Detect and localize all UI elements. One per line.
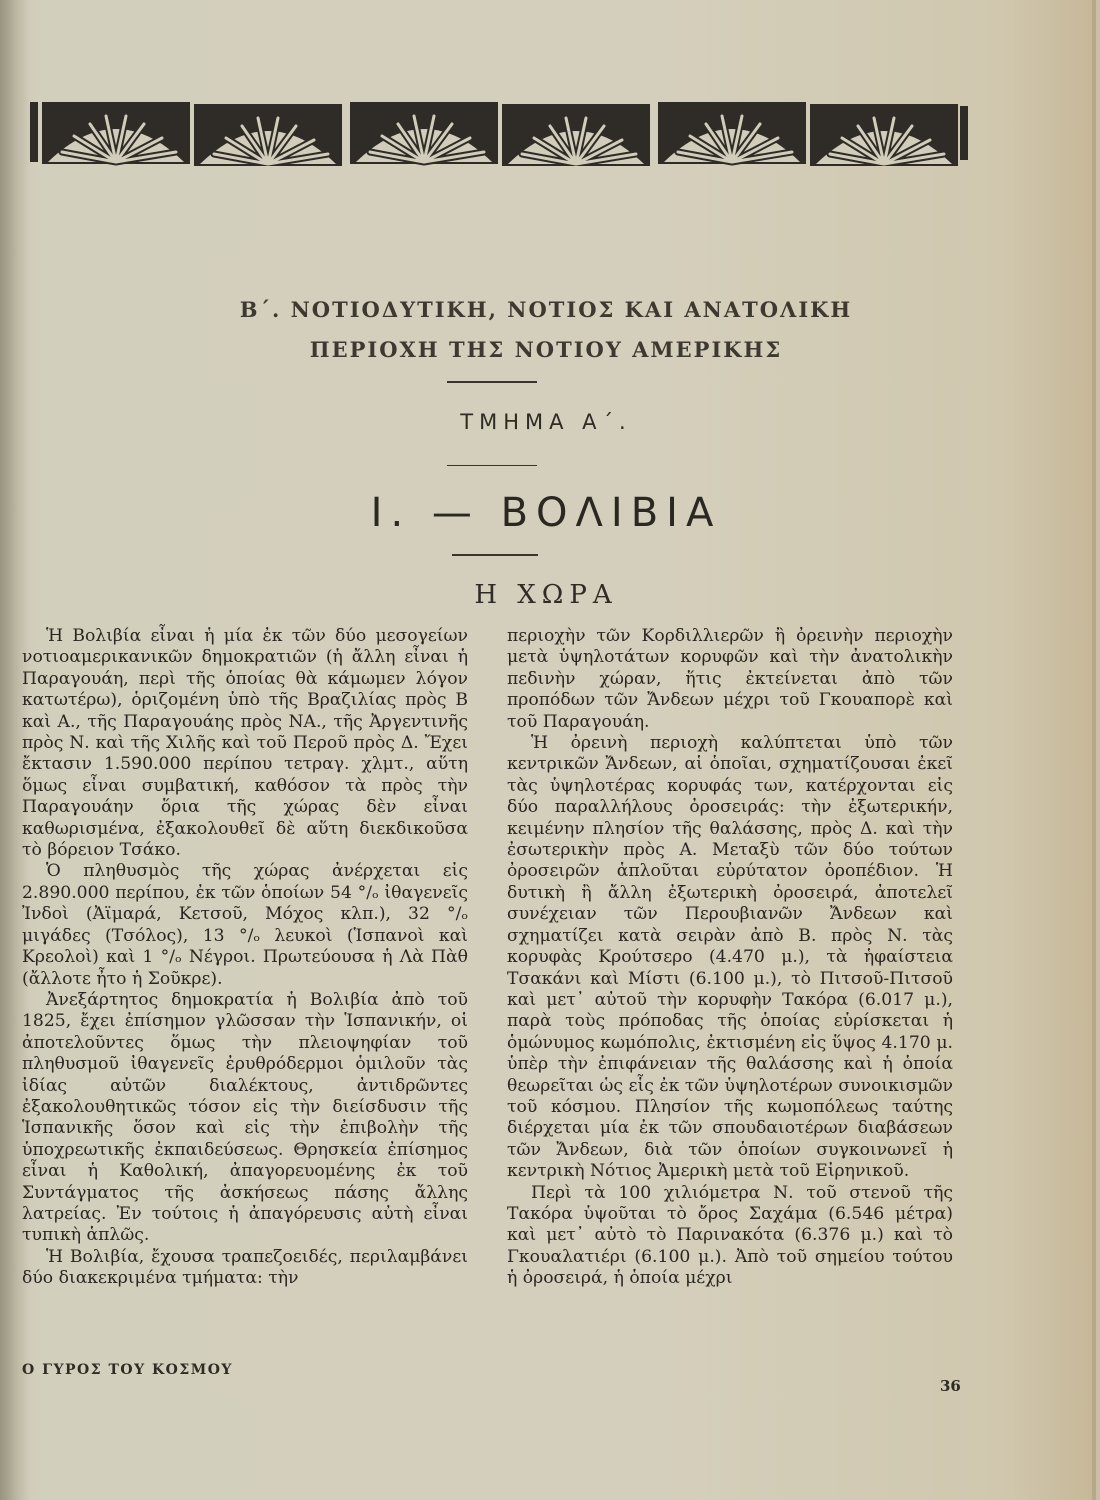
section-subtitle: Η ΧΩΡΑ [0, 580, 1092, 610]
running-footer-title: Ο ΓΥΡΟΣ ΤΟΥ ΚΟΣΜΟΥ [22, 1362, 233, 1378]
left-text-column: Ἡ Βολιβία εἶναι ἡ μία ἐκ τῶν δύο μεσογεί… [22, 626, 468, 1290]
part-title-line-2: ΠΕΡΙΟΧΗ ΤΗΣ ΝΟΤΙΟΥ ΑΜΕΡΙΚΗΣ [0, 330, 1092, 370]
paragraph: Ἀνεξάρτητος δημοκρατία ἡ Βολιβία ἀπὸ τοῦ… [22, 990, 468, 1247]
right-text-column: περιοχὴν τῶν Κορδιλλιερῶν ἢ ὀρεινὴν περι… [507, 626, 953, 1290]
paragraph: Ἡ ὀρεινὴ περιοχὴ καλύπτεται ὑπὸ τῶν κεντ… [507, 733, 953, 1183]
paragraph: Ὁ πληθυσμὸς τῆς χώρας ἀνέρχεται εἰς 2.89… [22, 861, 468, 989]
paragraph: Περὶ τὰ 100 χιλιόμετρα Ν. τοῦ στενοῦ τῆς… [507, 1183, 953, 1290]
paragraph: Ἡ Βολιβία, ἔχουσα τραπεζοειδές, περιλαμβ… [22, 1247, 468, 1290]
ornamental-frieze-icon [30, 100, 968, 166]
part-title-line-1: Β΄. ΝΟΤΙΟΔΥΤΙΚΗ, ΝΟΤΙΟΣ ΚΑΙ ΑΝΑΤΟΛΙΚΗ [0, 290, 1092, 330]
chapter-title: I. — ΒΟΛΙΒΙΑ [0, 490, 1092, 536]
divider-rule [447, 381, 537, 383]
paragraph: περιοχὴν τῶν Κορδιλλιερῶν ἢ ὀρεινὴν περι… [507, 626, 953, 733]
divider-rule [447, 465, 537, 466]
book-page: Β΄. ΝΟΤΙΟΔΥΤΙΚΗ, ΝΟΤΙΟΣ ΚΑΙ ΑΝΑΤΟΛΙΚΗ ΠΕ… [0, 0, 1096, 1500]
part-title: Β΄. ΝΟΤΙΟΔΥΤΙΚΗ, ΝΟΤΙΟΣ ΚΑΙ ΑΝΑΤΟΛΙΚΗ ΠΕ… [0, 290, 1092, 370]
paragraph: Ἡ Βολιβία εἶναι ἡ μία ἐκ τῶν δύο μεσογεί… [22, 626, 468, 861]
divider-rule [452, 554, 538, 556]
page-number: 36 [940, 1377, 961, 1395]
section-label: ΤΜΗΜΑ Α΄. [0, 410, 1092, 434]
